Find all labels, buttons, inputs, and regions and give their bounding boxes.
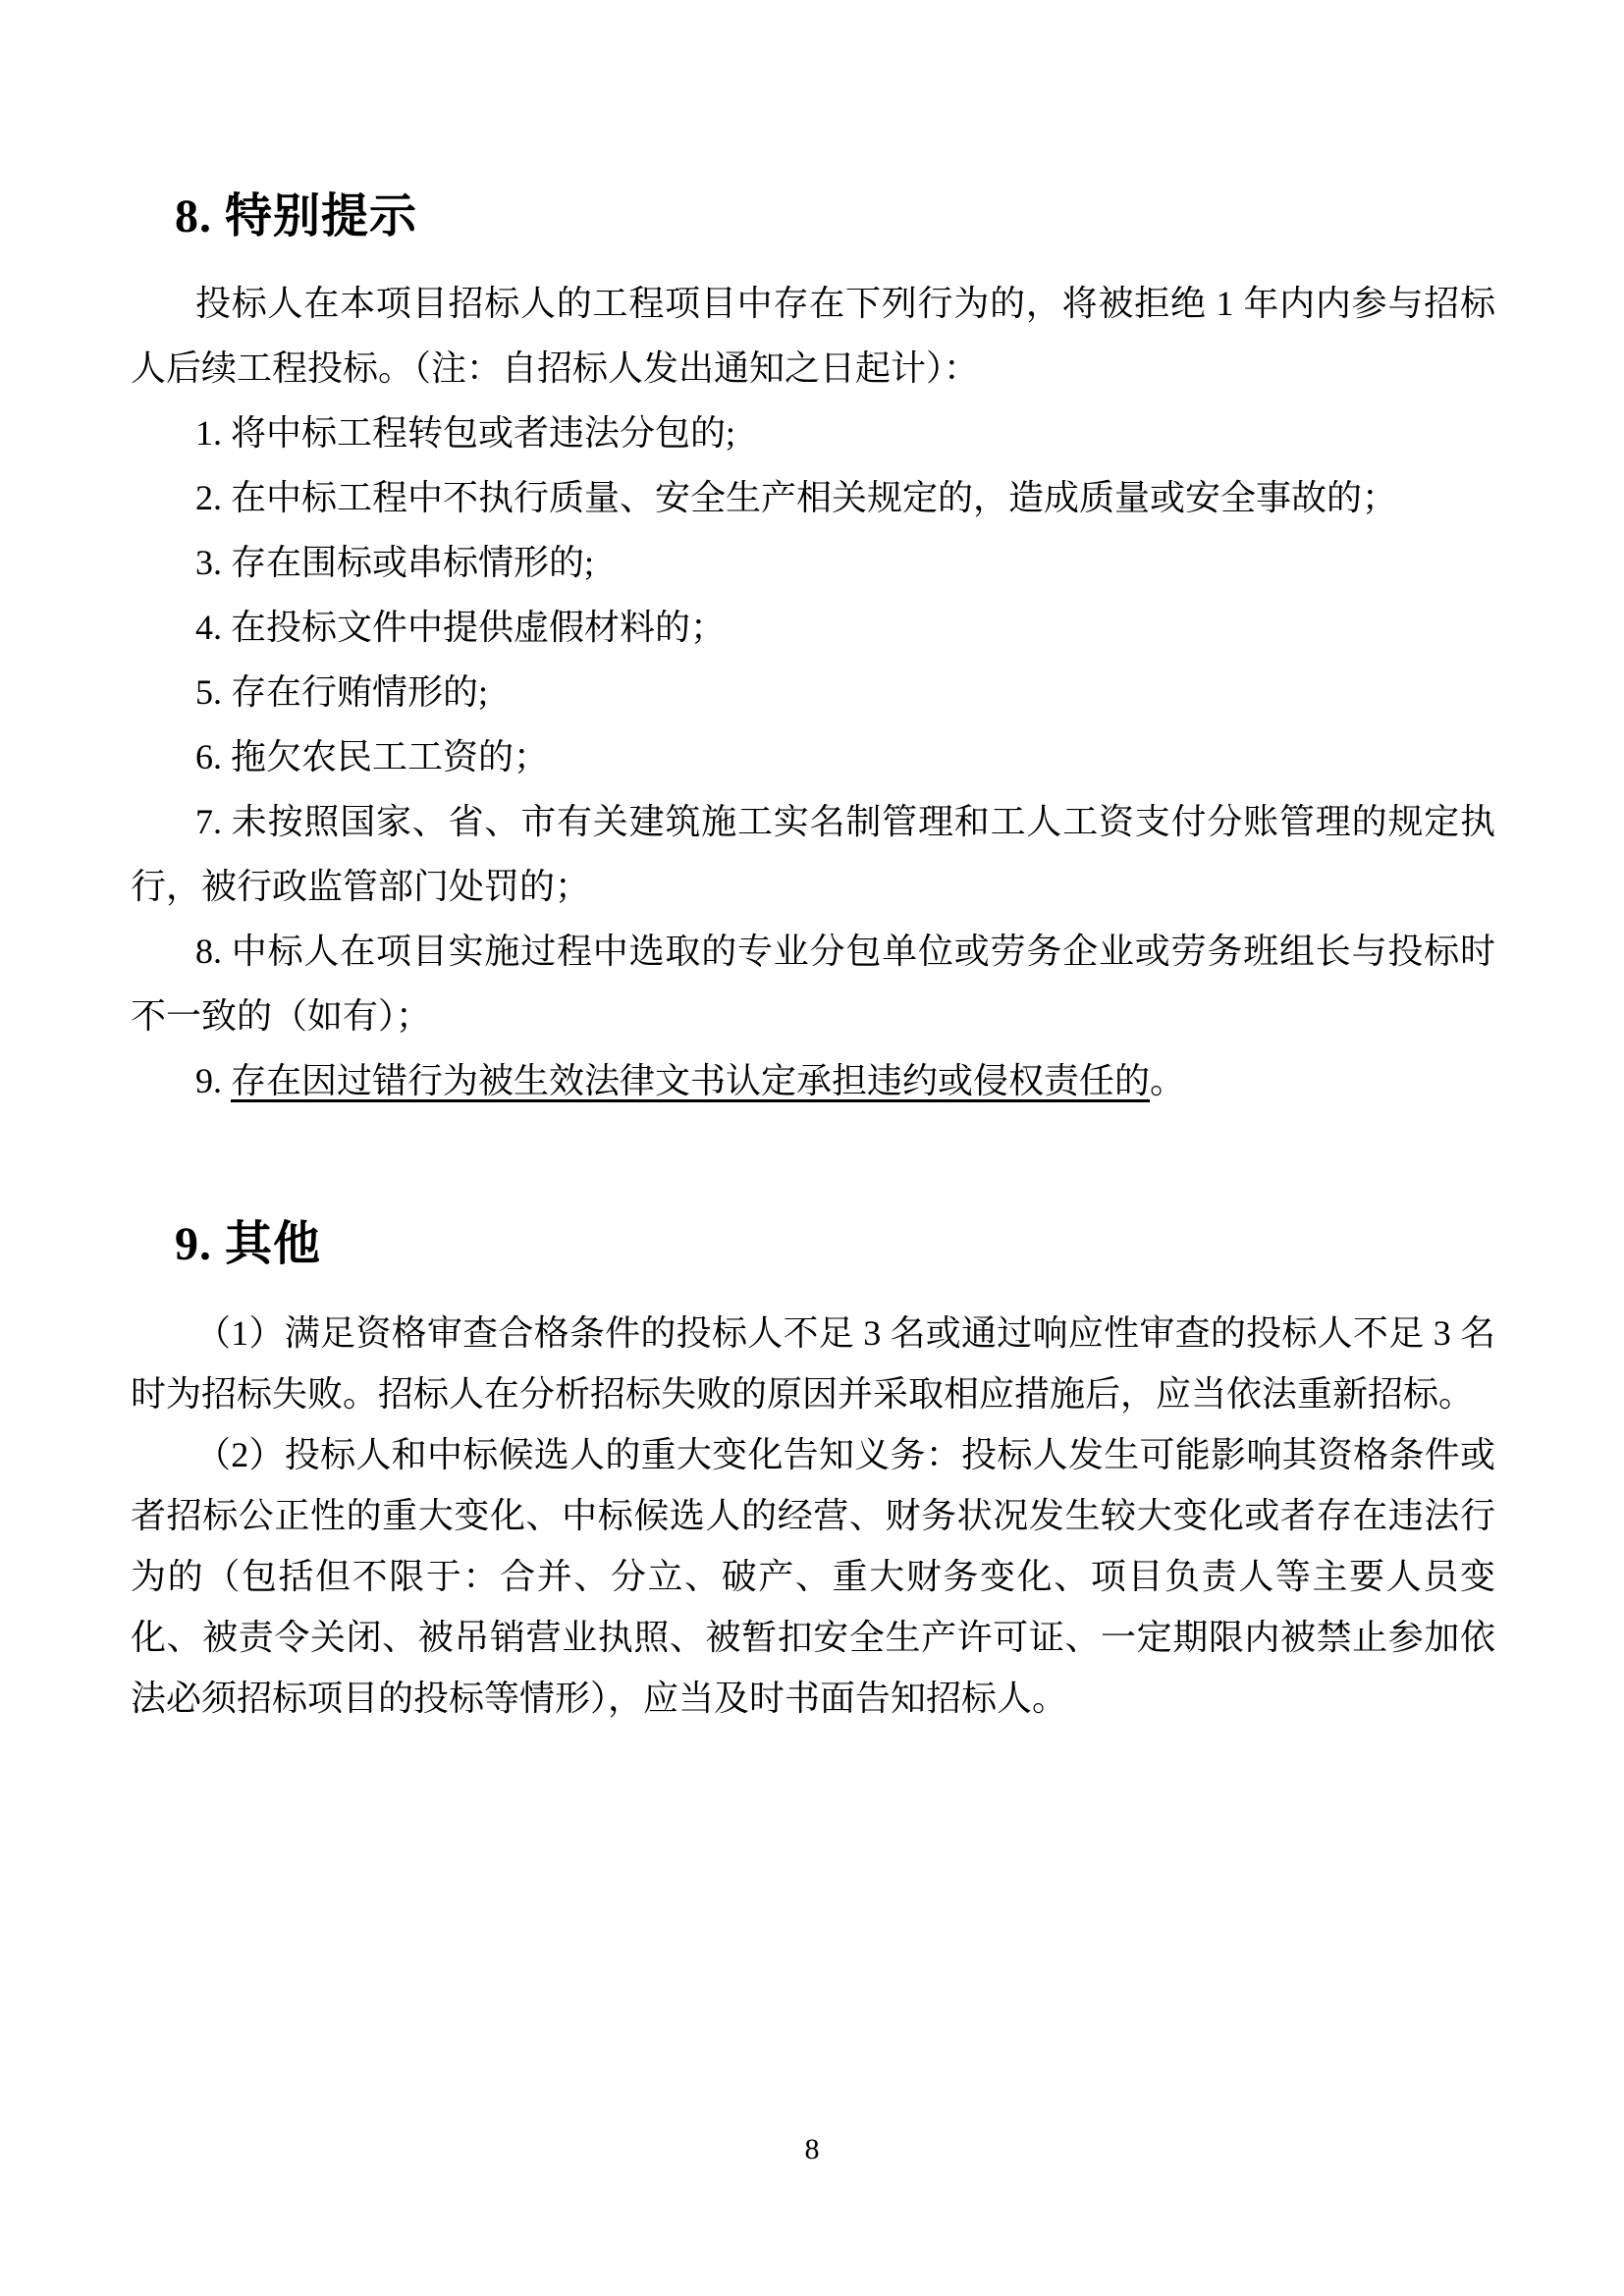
section-8-intro-paragraph: 投标人在本项目招标人的工程项目中存在下列行为的，将被拒绝 1 年内内参与招标人后…: [131, 271, 1495, 400]
section-8-list: 1. 将中标工程转包或者违法分包的;2. 在中标工程中不执行质量、安全生产相关规…: [131, 400, 1495, 1048]
section-8-item-9-underlined-text: 存在因过错行为被生效法律文书认定承担违约或侵权责任的: [231, 1061, 1150, 1100]
section-8-heading: 8. 特别提示: [175, 189, 1495, 244]
page-content: 8. 特别提示 投标人在本项目招标人的工程项目中存在下列行为的，将被拒绝 1 年…: [0, 0, 1624, 1729]
section-8-list-item: 2. 在中标工程中不执行质量、安全生产相关规定的，造成质量或安全事故的；: [131, 465, 1495, 530]
section-8-item-9: 9. 存在因过错行为被生效法律文书认定承担违约或侵权责任的。: [131, 1048, 1495, 1113]
section-8-list-item: 8. 中标人在项目实施过程中选取的专业分包单位或劳务企业或劳务班组长与投标时不一…: [131, 919, 1495, 1048]
section-8-item-9-prefix: 9.: [195, 1061, 231, 1100]
section-8-list-item: 4. 在投标文件中提供虚假材料的；: [131, 595, 1495, 660]
section-8-list-item: 3. 存在围标或串标情形的;: [131, 530, 1495, 595]
section-9-paragraph-1: （1）满足资格审查合格条件的投标人不足 3 名或通过响应性审查的投标人不足 3 …: [131, 1303, 1495, 1424]
section-8-list-item: 6. 拖欠农民工工资的；: [131, 724, 1495, 789]
section-8-list-item: 1. 将中标工程转包或者违法分包的;: [131, 400, 1495, 465]
section-8-list-item: 7. 未按照国家、省、市有关建筑施工实名制管理和工人工资支付分账管理的规定执行，…: [131, 789, 1495, 919]
document-page: 8. 特别提示 投标人在本项目招标人的工程项目中存在下列行为的，将被拒绝 1 年…: [0, 0, 1624, 2296]
section-8-list-item: 5. 存在行贿情形的;: [131, 660, 1495, 724]
section-9-paragraph-2: （2）投标人和中标候选人的重大变化告知义务：投标人发生可能影响其资格条件或者招标…: [131, 1424, 1495, 1729]
page-number: 8: [0, 2132, 1624, 2167]
section-9-heading: 9. 其他: [175, 1217, 1495, 1272]
section-8-item-9-suffix: 。: [1150, 1061, 1185, 1100]
